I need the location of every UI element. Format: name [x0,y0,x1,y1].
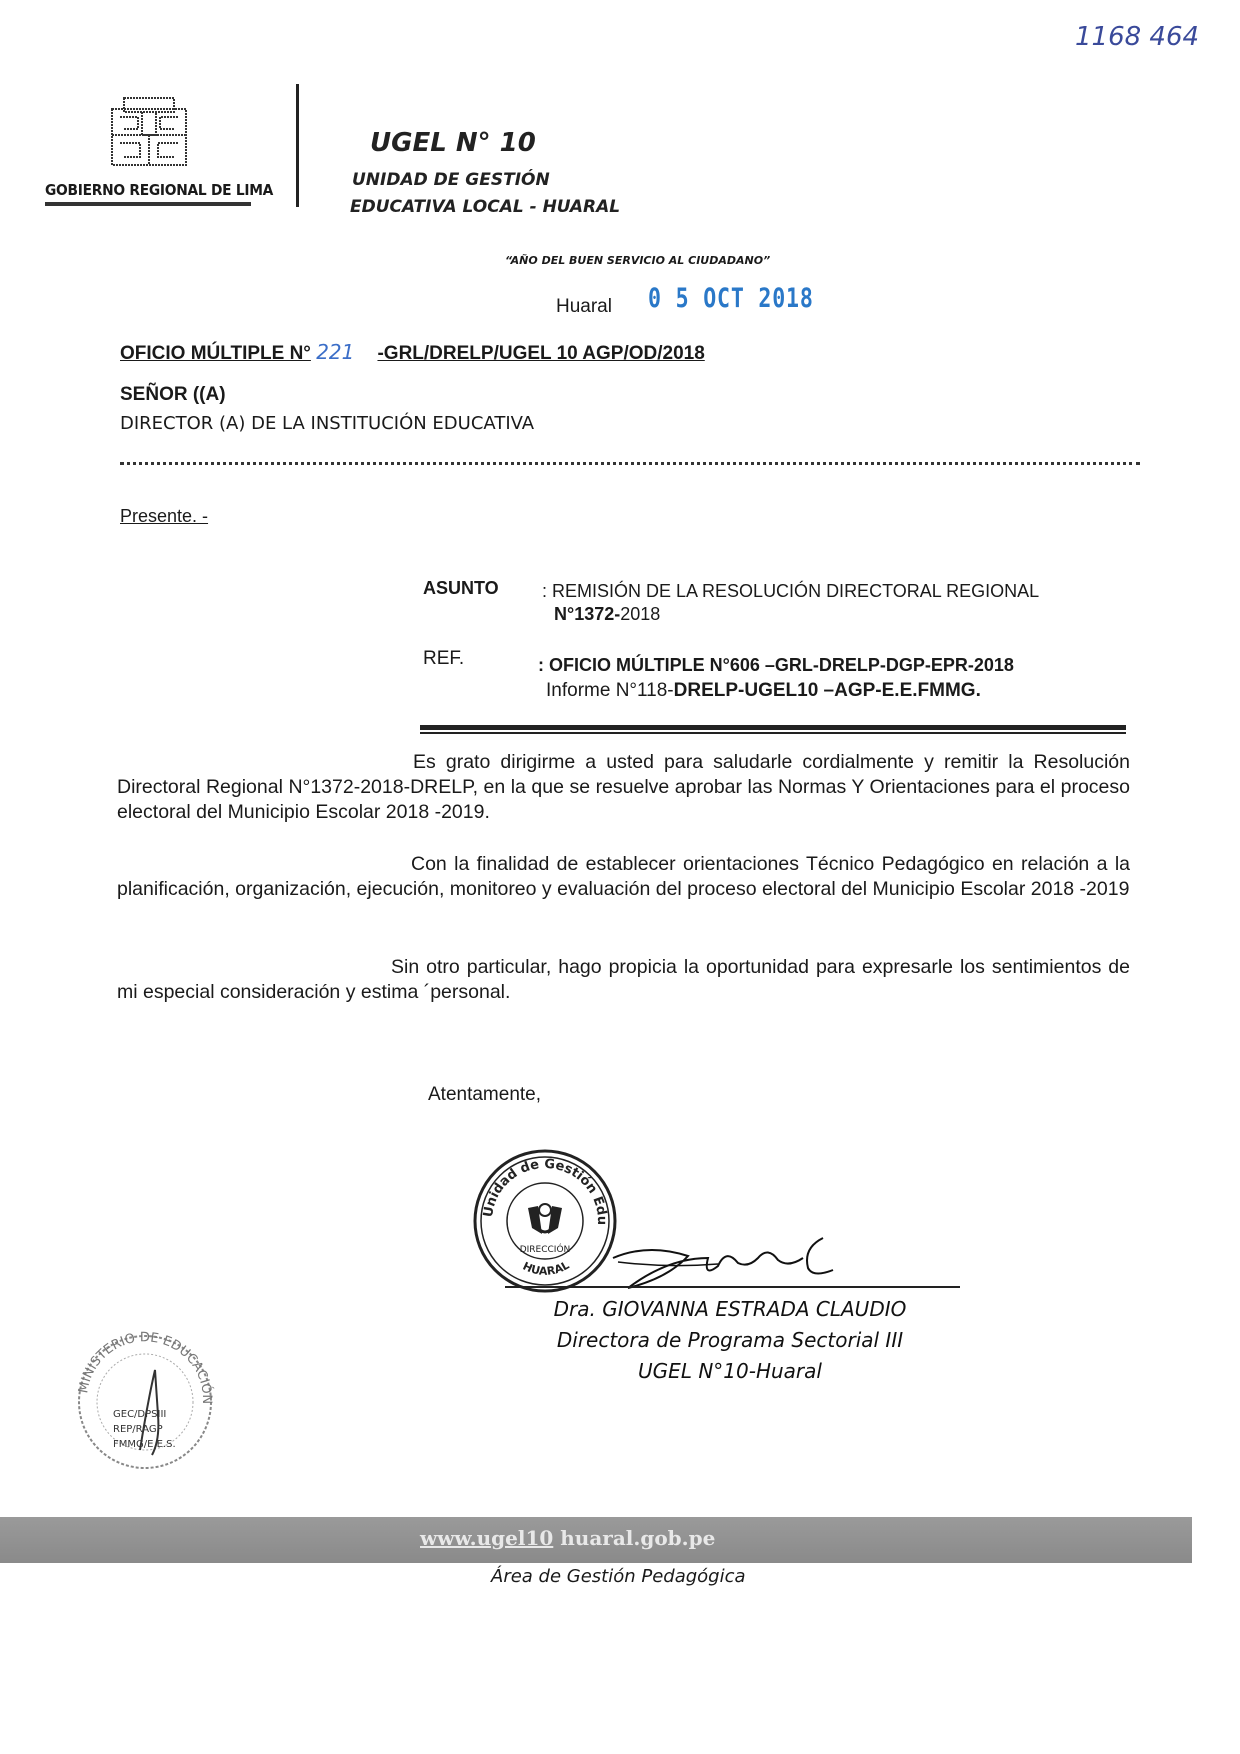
ref-label: REF. [423,648,464,670]
asunto-resolution-number: N°1372- [554,604,620,624]
oficio-handwritten-number: 221 [316,340,372,364]
svg-text:DIRECCIÓN: DIRECCIÓN [520,1243,571,1255]
gobierno-regional-logo-icon [110,95,188,167]
body-paragraph-3: Sin otro particular, hago propicia la op… [117,955,1130,1005]
oficio-suffix: -GRL/DRELP/UGEL 10 AGP/OD/2018 [377,343,704,364]
header-divider [296,84,299,207]
ref-line1: : OFICIO MÚLTIPLE N°606 –GRL-DRELP-DGP-E… [538,652,1014,678]
footer-area: Área de Gestión Pedagógica [491,1566,746,1587]
asunto-line1: : REMISIÓN DE LA RESOLUCIÓN DIRECTORAL R… [542,580,1039,603]
signatory-name: Dra. GIOVANNA ESTRADA CLAUDIO [470,1294,990,1325]
date-stamp: 0 5 OCT 2018 [648,283,814,314]
recipient-title: DIRECTOR (A) DE LA INSTITUCIÓN EDUCATIVA [120,413,534,434]
reception-initials: GEC/DPSIII REP/RAGP FMMG/E.E.S. [113,1407,176,1452]
recipient-greeting: Presente. - [120,506,208,527]
footer-website-link[interactable]: www.ugel10 huaral.gob.pe [420,1526,715,1550]
ref-line2: Informe N°118-DRELP-UGEL10 –AGP-E.E.FMMG… [538,678,1014,704]
closing: Atentamente, [428,1084,541,1106]
recipient-salutation: SEÑOR ((A) [120,384,226,406]
asunto-year: 2018 [620,604,660,624]
oficio-number: OFICIO MÚLTIPLE N° 221 -GRL/DRELP/UGEL 1… [120,340,705,365]
ugel-subtitle: UNIDAD DE GESTIÓN EDUCATIVA LOCAL - HUAR… [350,167,620,221]
org-underline [45,202,251,206]
body-paragraph-2: Con la finalidad de establecer orientaci… [117,852,1130,902]
official-seal-icon: Unidad de Gestión Educativa Local N° 10 … [470,1146,620,1296]
body-paragraph-1: Es grato dirigirme a usted para saludarl… [117,750,1130,825]
signatory-office: UGEL N°10-Huaral [470,1356,990,1387]
ugel-title: UGEL N° 10 [370,128,536,158]
handwritten-registry-number: 1168 464 [1075,22,1199,52]
ugel-subtitle-line2: EDUCATIVA LOCAL - HUARAL [350,194,620,221]
signature-line [505,1286,960,1288]
year-motto: “AÑO DEL BUEN SERVICIO AL CIUDADANO” [505,254,770,267]
asunto-value: : REMISIÓN DE LA RESOLUCIÓN DIRECTORAL R… [542,580,1039,626]
signatory-position: Directora de Programa Sectorial III [470,1325,990,1356]
svg-text:HUARAL: HUARAL [521,1259,572,1278]
asunto-label: ASUNTO [423,578,499,599]
oficio-prefix: OFICIO MÚLTIPLE N° [120,343,311,364]
svg-text:MINISTERIO DE EDUCACIÓN: MINISTERIO DE EDUCACIÓN [76,1330,215,1404]
ref-value: : OFICIO MÚLTIPLE N°606 –GRL-DRELP-DGP-E… [538,652,1014,704]
org-name: GOBIERNO REGIONAL DE LIMA [45,181,273,199]
asunto-line2: N°1372-2018 [542,603,1039,626]
section-divider [420,725,1126,734]
recipient-dotted-line [120,462,1140,468]
ugel-subtitle-line1: UNIDAD DE GESTIÓN [350,167,620,194]
place: Huaral [556,296,612,318]
signatory-block: Dra. GIOVANNA ESTRADA CLAUDIO Directora … [470,1294,990,1387]
